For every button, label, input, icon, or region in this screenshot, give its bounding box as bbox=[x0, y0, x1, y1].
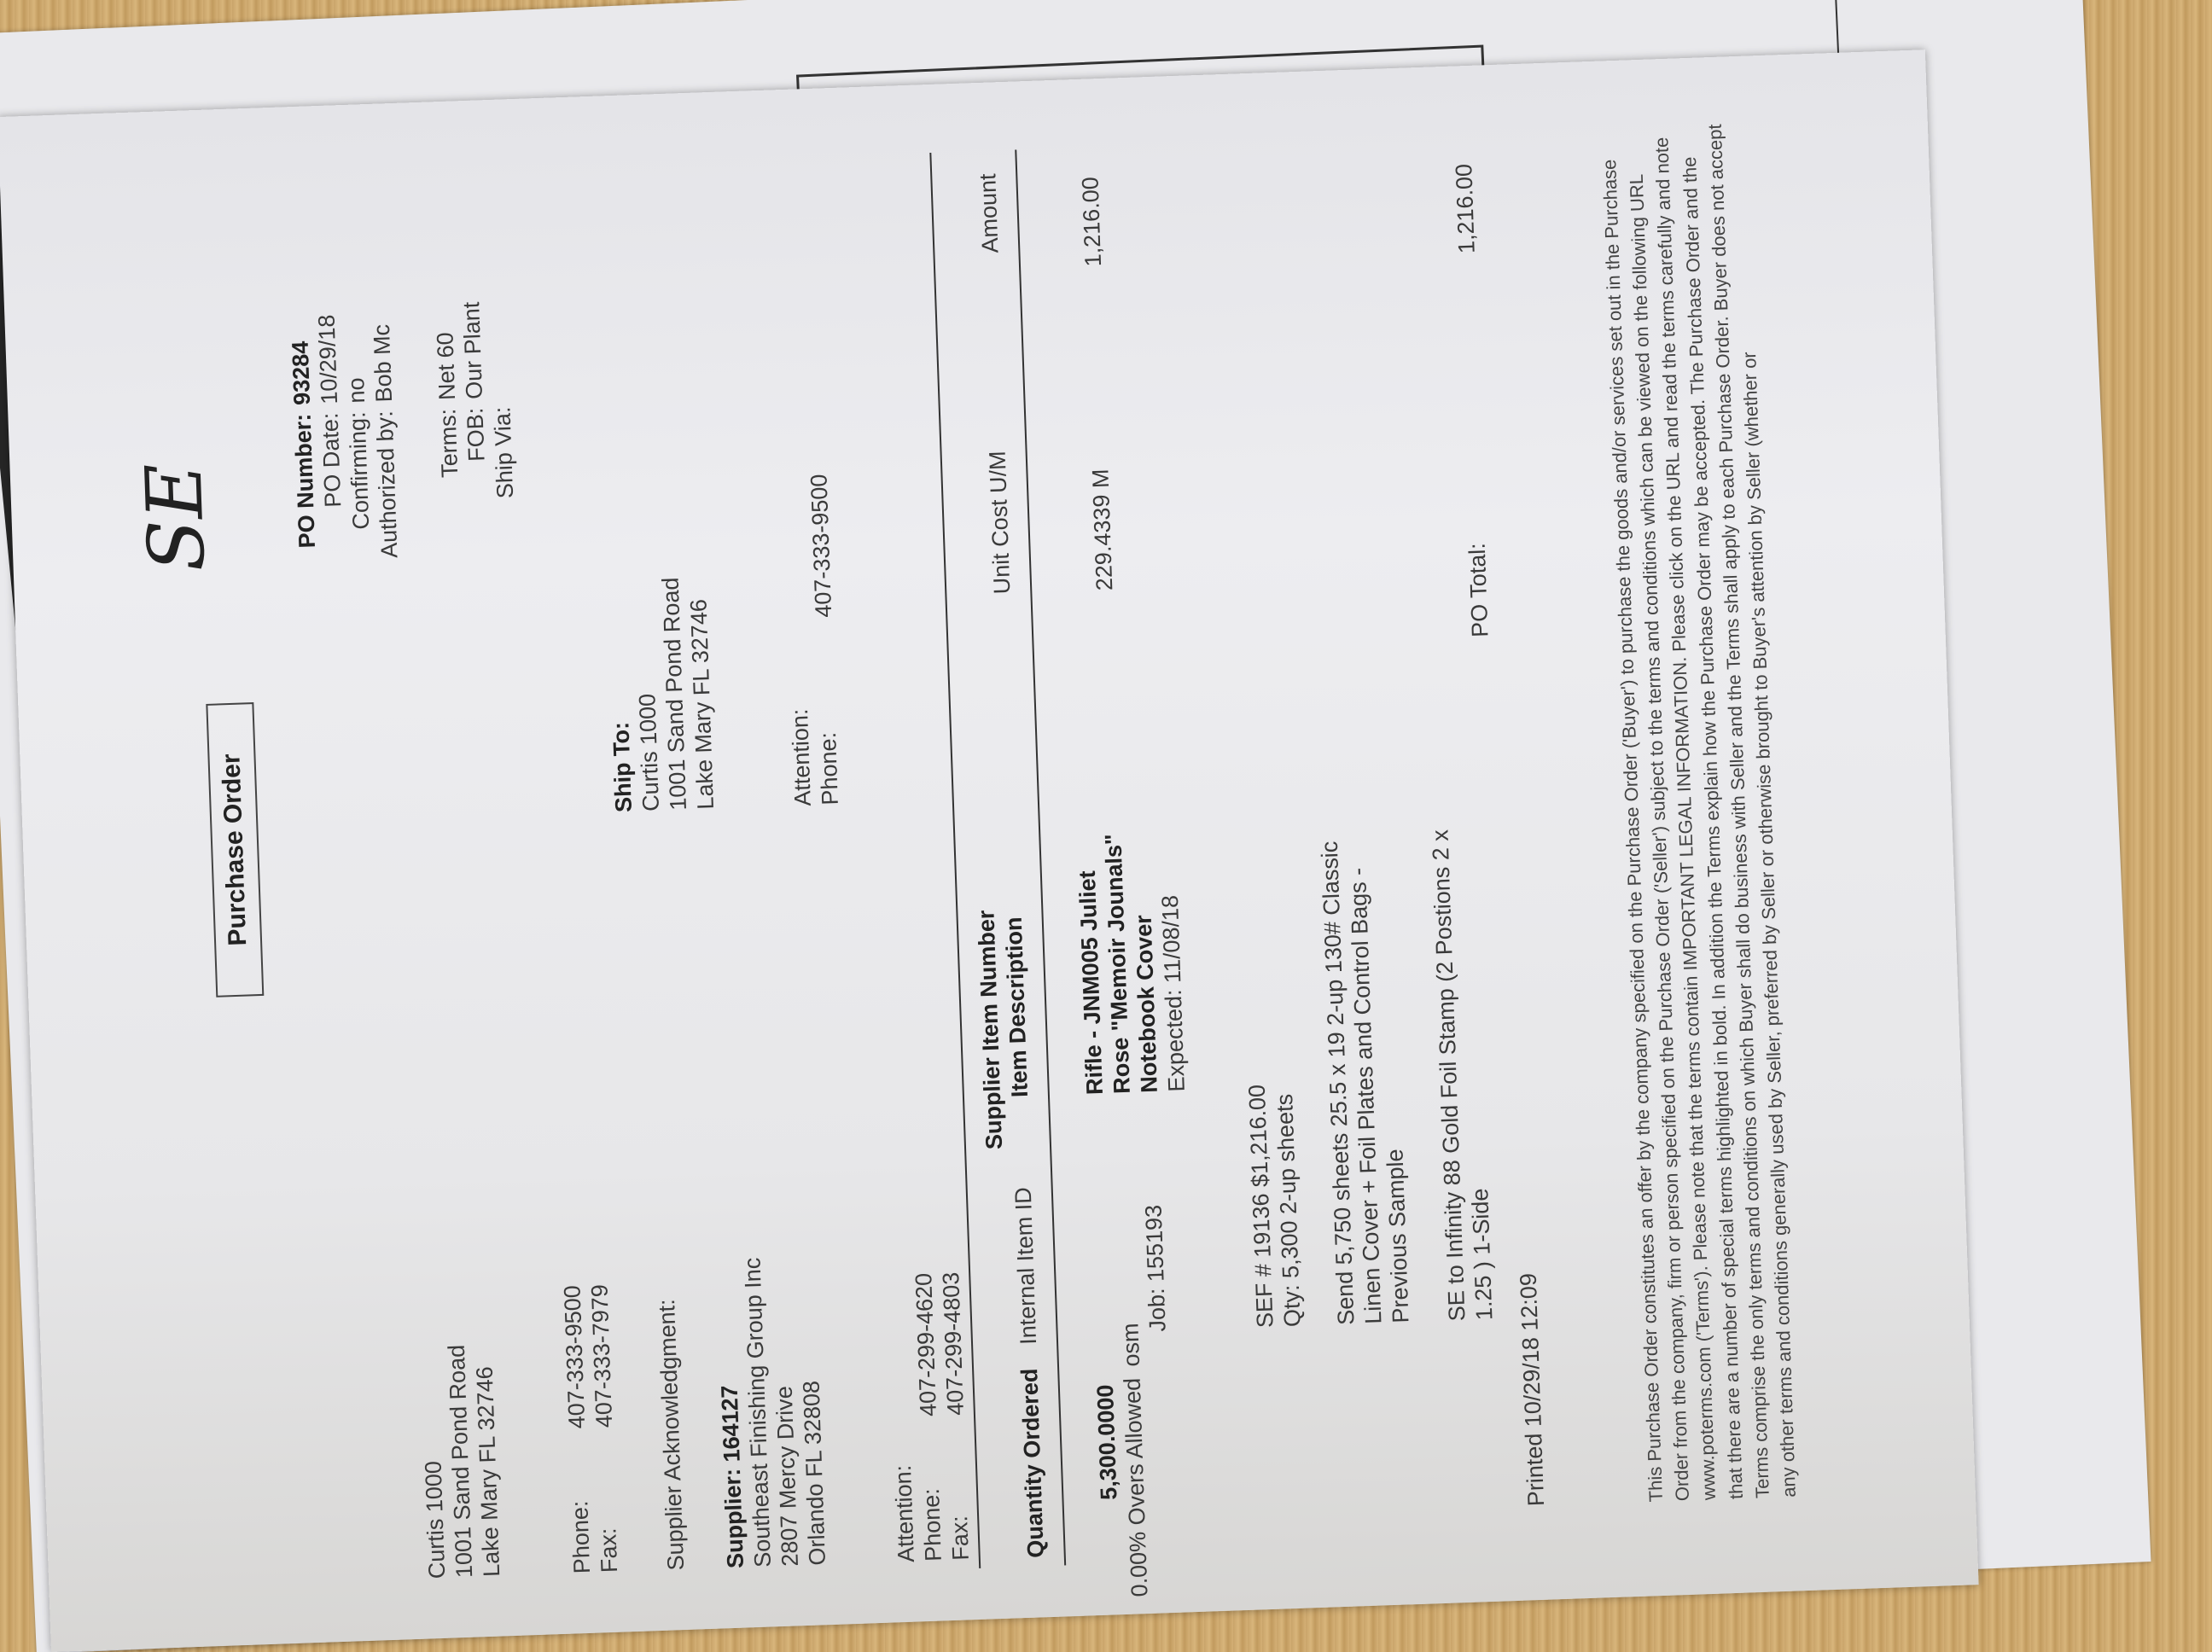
supplier-attention-label: Attention: bbox=[890, 1464, 921, 1562]
po-number: 93284 bbox=[288, 340, 317, 405]
table-header-rule bbox=[1015, 149, 1066, 1565]
ship-to-phone-label: Phone: bbox=[815, 731, 845, 806]
authorized-by: Bob Mc bbox=[369, 323, 399, 403]
po-total-label: PO Total: bbox=[1464, 543, 1495, 638]
ship-to-attention-label: Attention: bbox=[787, 708, 818, 806]
row-overs: 0.00% Overs Allowed bbox=[1120, 1377, 1155, 1597]
supplier-address2: Orlando FL 32808 bbox=[798, 1380, 831, 1566]
fob: Our Plant bbox=[458, 301, 489, 399]
supplier-phone-label: Phone: bbox=[918, 1488, 948, 1562]
col-unit-cost: Unit Cost U/M bbox=[985, 451, 1017, 595]
buyer-fax-label: Fax: bbox=[595, 1527, 624, 1573]
buyer-phone-label: Phone: bbox=[567, 1500, 597, 1574]
col-internal-item: Internal Item ID bbox=[1010, 1187, 1043, 1346]
supplier-fax: 407-299-4803 bbox=[938, 1271, 970, 1416]
po-date: 10/29/18 bbox=[314, 314, 345, 404]
supplier-ack-label: Supplier Acknowledgment: bbox=[654, 1299, 690, 1571]
row-internal-item: osm bbox=[1117, 1323, 1146, 1367]
row-expected: Expected: 11/08/18 bbox=[1157, 894, 1191, 1092]
supplier-label: Supplier: bbox=[719, 1468, 748, 1568]
col-amount: Amount bbox=[975, 173, 1004, 253]
supplier-fax-label: Fax: bbox=[946, 1515, 975, 1562]
confirming: no bbox=[343, 377, 371, 404]
terms: Net 60 bbox=[432, 332, 462, 401]
title-box: Purchase Order bbox=[206, 702, 264, 998]
note-line: SE to Infinity 88 Gold Foil Stamp (2 Pos… bbox=[1427, 829, 1471, 1322]
ship-to-name: Curtis 1000 bbox=[634, 693, 666, 811]
row-amount: 1,216.00 bbox=[1077, 177, 1108, 267]
printed-timestamp: Printed 10/29/18 12:09 bbox=[1516, 1273, 1551, 1507]
ship-to-label: Ship To: bbox=[608, 721, 638, 812]
note-line: 1.25 ) 1-Side bbox=[1467, 1188, 1499, 1321]
buyer-fax: 407-333-7979 bbox=[586, 1284, 619, 1428]
ship-to-phone: 407-333-9500 bbox=[806, 474, 838, 618]
purchase-order-document: Purchase Order SE Curtis 1000 1001 Sand … bbox=[0, 49, 1979, 1652]
legal-terms: This Purchase Order constitutes an offer… bbox=[1594, 115, 1802, 1503]
col-description: Item Description bbox=[1001, 916, 1034, 1098]
supplier-id: 164127 bbox=[717, 1385, 745, 1463]
row-job: Job: 155193 bbox=[1141, 1204, 1173, 1332]
col-quantity: Quantity Ordered bbox=[1016, 1368, 1051, 1558]
handwritten-mark: SE bbox=[129, 462, 222, 573]
note-line: Previous Sample bbox=[1382, 1149, 1415, 1323]
po-total: 1,216.00 bbox=[1451, 163, 1481, 253]
row-unit-cost: 229.4339 M bbox=[1087, 468, 1119, 591]
buyer-name: Curtis 1000 bbox=[420, 1461, 451, 1579]
